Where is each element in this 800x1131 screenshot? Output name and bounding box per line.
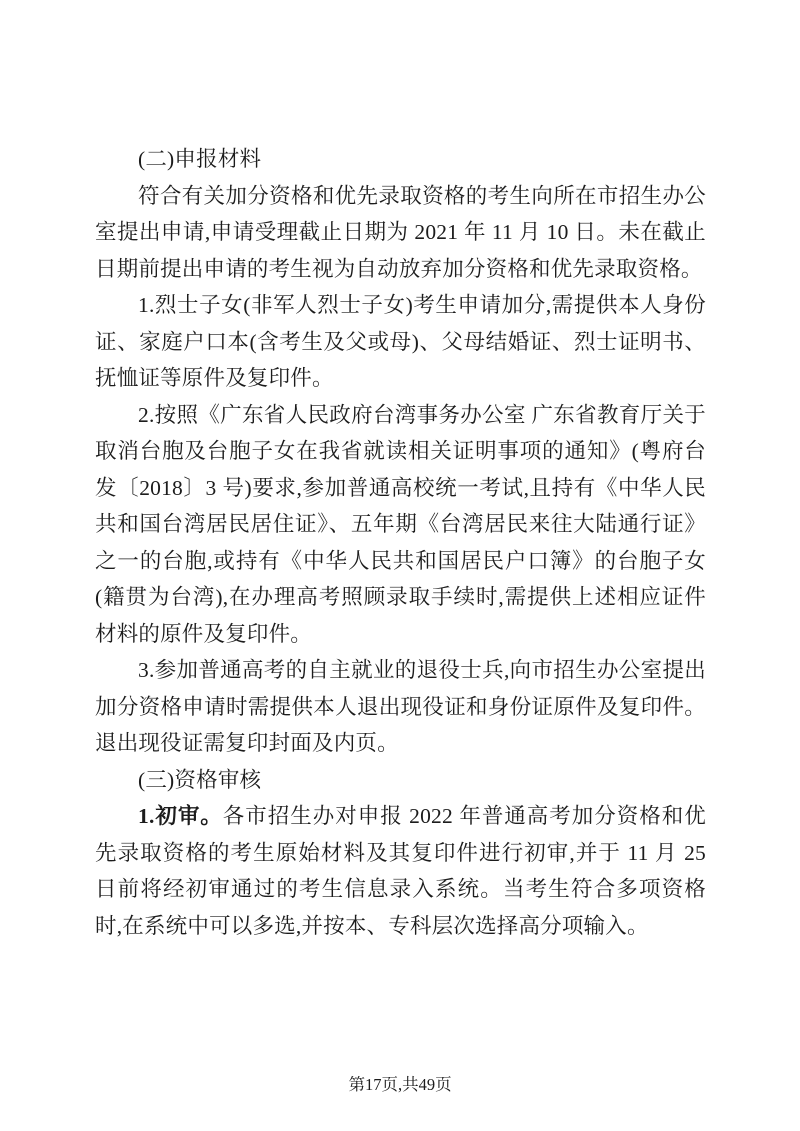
document-body: (二)申报材料 符合有关加分资格和优先录取资格的考生向所在市招生办公室提出申请,… [95, 141, 706, 944]
paragraph-item-2: 2.按照《广东省人民政府台湾事务办公室 广东省教育厅关于取消台胞及台胞子女在我省… [95, 397, 706, 653]
section-heading-application-materials: (二)申报材料 [95, 141, 706, 178]
paragraph-item-3: 3.参加普通高考的自主就业的退役士兵,向市招生办公室提出加分资格申请时需提供本人… [95, 652, 706, 762]
review-lead-bold: 1.初审。 [138, 804, 223, 828]
paragraph-item-1: 1.烈士子女(非军人烈士子女)考生申请加分,需提供本人身份证、家庭户口本(含考生… [95, 287, 706, 397]
document-page: (二)申报材料 符合有关加分资格和优先录取资格的考生向所在市招生办公室提出申请,… [0, 0, 800, 1131]
paragraph-intro: 符合有关加分资格和优先录取资格的考生向所在市招生办公室提出申请,申请受理截止日期… [95, 178, 706, 288]
page-number-footer: 第17页,共49页 [0, 1074, 800, 1096]
section-heading-qualification-review: (三)资格审核 [95, 762, 706, 799]
paragraph-review: 1.初审。各市招生办对申报 2022 年普通高考加分资格和优先录取资格的考生原始… [95, 798, 706, 944]
